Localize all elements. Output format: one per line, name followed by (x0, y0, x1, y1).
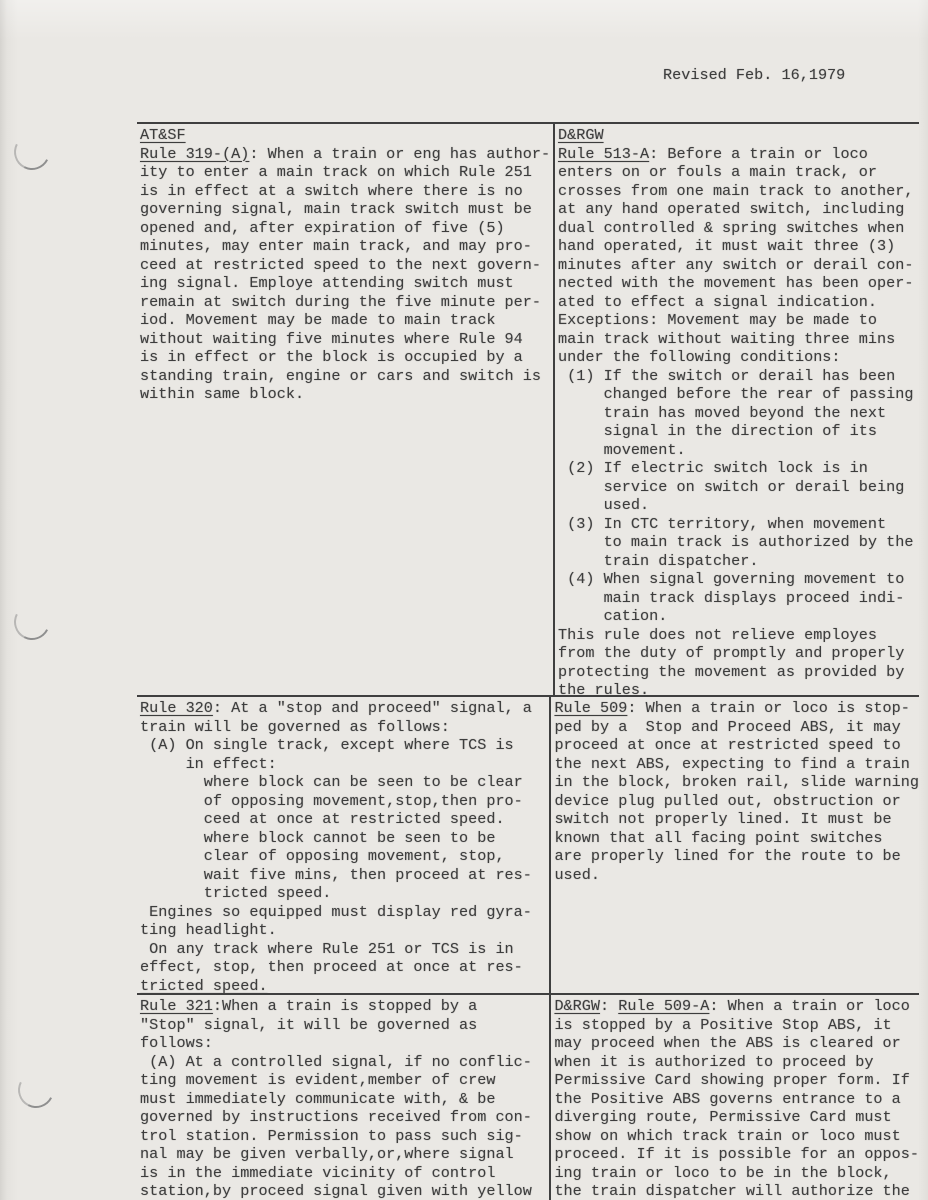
text-line: in effect: (140, 755, 549, 774)
text-line: main track displays proceed indi- (558, 589, 919, 608)
cell-drgw: D&RGWRule 513-A: Before a train or locoe… (553, 124, 919, 695)
revision-date: Revised Feb. 16,1979 (663, 66, 845, 84)
text-line: train will be governed as follows: (140, 718, 549, 737)
text-line: ity to enter a main track on which Rule … (140, 163, 553, 182)
text-line: D&RGW: Rule 509-A: When a train or loco (554, 997, 919, 1016)
text-line: within same block. (140, 385, 553, 404)
text-line: iod. Movement may be made to main track (140, 311, 553, 330)
text-line: may proceed when the ABS is cleared or (554, 1034, 919, 1053)
text-line: (4) When signal governing movement to (558, 570, 919, 589)
text-line: opened and, after expiration of five (5) (140, 219, 553, 238)
text-line: are properly lined for the route to be (554, 847, 919, 866)
text-line: of opposing movement,stop,then pro- (140, 792, 549, 811)
text-line: (A) At a controlled signal, if no confli… (140, 1053, 549, 1072)
text-line: (1) If the switch or derail has been (558, 367, 919, 386)
text-line: minutes, may enter main track, and may p… (140, 237, 553, 256)
text-line: enters on or fouls a main track, or (558, 163, 919, 182)
punch-hole-icon (13, 1067, 58, 1112)
punch-hole-icon (9, 599, 54, 644)
text-line: Exceptions: Movement may be made to (558, 311, 919, 330)
text-line: known that all facing point switches (554, 829, 919, 848)
text-line: used. (558, 496, 919, 515)
text-line: main track without waiting three mins (558, 330, 919, 349)
text-line: governing signal, main track switch must… (140, 200, 553, 219)
text-line: Rule 321:When a train is stopped by a (140, 997, 549, 1016)
text-line: nal may be given verbally,or,where signa… (140, 1145, 549, 1164)
text-line: train has moved beyond the next (558, 404, 919, 423)
text-line: clear of opposing movement, stop, (140, 847, 549, 866)
text-line: "Stop" signal, it will be governed as (140, 1016, 549, 1035)
text-line: proceed. If it is possible for an oppos- (554, 1145, 919, 1164)
table-row: Rule 320: At a "stop and proceed" signal… (137, 697, 919, 995)
text-line: the rules. (558, 681, 919, 697)
text-line: hand operated, it must wait three (3) (558, 237, 919, 256)
text-line: ped by a Stop and Proceed ABS, it may (554, 718, 919, 737)
text-line: from the duty of promptly and properly (558, 644, 919, 663)
text-line: trol station. Permission to pass such si… (140, 1127, 549, 1146)
text-line: protecting the movement as provided by (558, 663, 919, 682)
text-line: minutes after any switch or derail con- (558, 256, 919, 275)
text-line: tricted speed. (140, 977, 549, 996)
text-line: is in effect or the block is occupied by… (140, 348, 553, 367)
text-line: AT&SF (140, 126, 553, 145)
text-line: is in the immediate vicinity of control (140, 1164, 549, 1183)
text-line: show on which track train or loco must (554, 1127, 919, 1146)
text-line: must immediately communicate with, & be (140, 1090, 549, 1109)
rules-table: AT&SFRule 319-(A): When a train or eng h… (137, 122, 919, 1200)
document-page: Revised Feb. 16,1979 AT&SFRule 319-(A): … (0, 0, 928, 1200)
text-line: (A) On single track, except where TCS is (140, 736, 549, 755)
text-line: Rule 509: When a train or loco is stop- (554, 699, 919, 718)
text-line: without waiting five minutes where Rule … (140, 330, 553, 349)
text-line: is stopped by a Positive Stop ABS, it (554, 1016, 919, 1035)
cell-atsf: Rule 320: At a "stop and proceed" signal… (137, 697, 549, 993)
text-line: (3) In CTC territory, when movement (558, 515, 919, 534)
text-line: the next ABS, expecting to find a train (554, 755, 919, 774)
text-line: Rule 319-(A): When a train or eng has au… (140, 145, 553, 164)
text-line: cation. (558, 607, 919, 626)
cell-drgw: Rule 509: When a train or loco is stop-p… (549, 697, 919, 993)
text-line: where block can be seen to be clear (140, 773, 549, 792)
text-line: ting headlight. (140, 921, 549, 940)
text-line: used. (554, 866, 919, 885)
text-line: (2) If electric switch lock is in (558, 459, 919, 478)
text-line: wait five mins, then proceed at res- (140, 866, 549, 885)
table-row: Rule 321:When a train is stopped by a"St… (137, 995, 919, 1200)
text-line: dual controlled & spring switches when (558, 219, 919, 238)
text-line: the train dispatcher will authorize the (554, 1182, 919, 1200)
text-line: ceed at restricted speed to the next gov… (140, 256, 553, 275)
text-line: follows: (140, 1034, 549, 1053)
text-line: movement. (558, 441, 919, 460)
text-line: switch not properly lined. It must be (554, 810, 919, 829)
text-line: ting movement is evident,member of crew (140, 1071, 549, 1090)
text-line: tricted speed. (140, 884, 549, 903)
punch-hole-icon (9, 129, 54, 174)
text-line: when it is authorized to proceed by (554, 1053, 919, 1072)
text-line: Rule 320: At a "stop and proceed" signal… (140, 699, 549, 718)
text-line: device plug pulled out, obstruction or (554, 792, 919, 811)
text-line: at any hand operated switch, including (558, 200, 919, 219)
text-line: where block cannot be seen to be (140, 829, 549, 848)
text-line: ing train or loco to be in the block, (554, 1164, 919, 1183)
text-line: service on switch or derail being (558, 478, 919, 497)
text-line: ated to effect a signal indication. (558, 293, 919, 312)
text-line: nected with the movement has been oper- (558, 274, 919, 293)
text-line: changed before the rear of passing (558, 385, 919, 404)
text-line: Permissive Card showing proper form. If (554, 1071, 919, 1090)
text-line: standing train, engine or cars and switc… (140, 367, 553, 386)
text-line: proceed at once at restricted speed to (554, 736, 919, 755)
text-line: Rule 513-A: Before a train or loco (558, 145, 919, 164)
text-line: D&RGW (558, 126, 919, 145)
cell-atsf: Rule 321:When a train is stopped by a"St… (137, 995, 549, 1200)
text-line: signal in the direction of its (558, 422, 919, 441)
text-line: On any track where Rule 251 or TCS is in (140, 940, 549, 959)
cell-atsf: AT&SFRule 319-(A): When a train or eng h… (137, 124, 553, 695)
text-line: Engines so equipped must display red gyr… (140, 903, 549, 922)
text-line: effect, stop, then proceed at once at re… (140, 958, 549, 977)
text-line: is in effect at a switch where there is … (140, 182, 553, 201)
text-line: diverging route, Permissive Card must (554, 1108, 919, 1127)
cell-drgw: D&RGW: Rule 509-A: When a train or locoi… (549, 995, 919, 1200)
table-row: AT&SFRule 319-(A): When a train or eng h… (137, 124, 919, 697)
text-line: crosses from one main track to another, (558, 182, 919, 201)
text-line: governed by instructions received from c… (140, 1108, 549, 1127)
text-line: ing signal. Employe attending switch mus… (140, 274, 553, 293)
text-line: the Positive ABS governs entrance to a (554, 1090, 919, 1109)
text-line: remain at switch during the five minute … (140, 293, 553, 312)
text-line: in the block, broken rail, slide warning (554, 773, 919, 792)
text-line: to main track is authorized by the (558, 533, 919, 552)
text-line: This rule does not relieve employes (558, 626, 919, 645)
text-line: station,by proceed signal given with yel… (140, 1182, 549, 1200)
text-line: under the following conditions: (558, 348, 919, 367)
text-line: ceed at once at restricted speed. (140, 810, 549, 829)
text-line: train dispatcher. (558, 552, 919, 571)
